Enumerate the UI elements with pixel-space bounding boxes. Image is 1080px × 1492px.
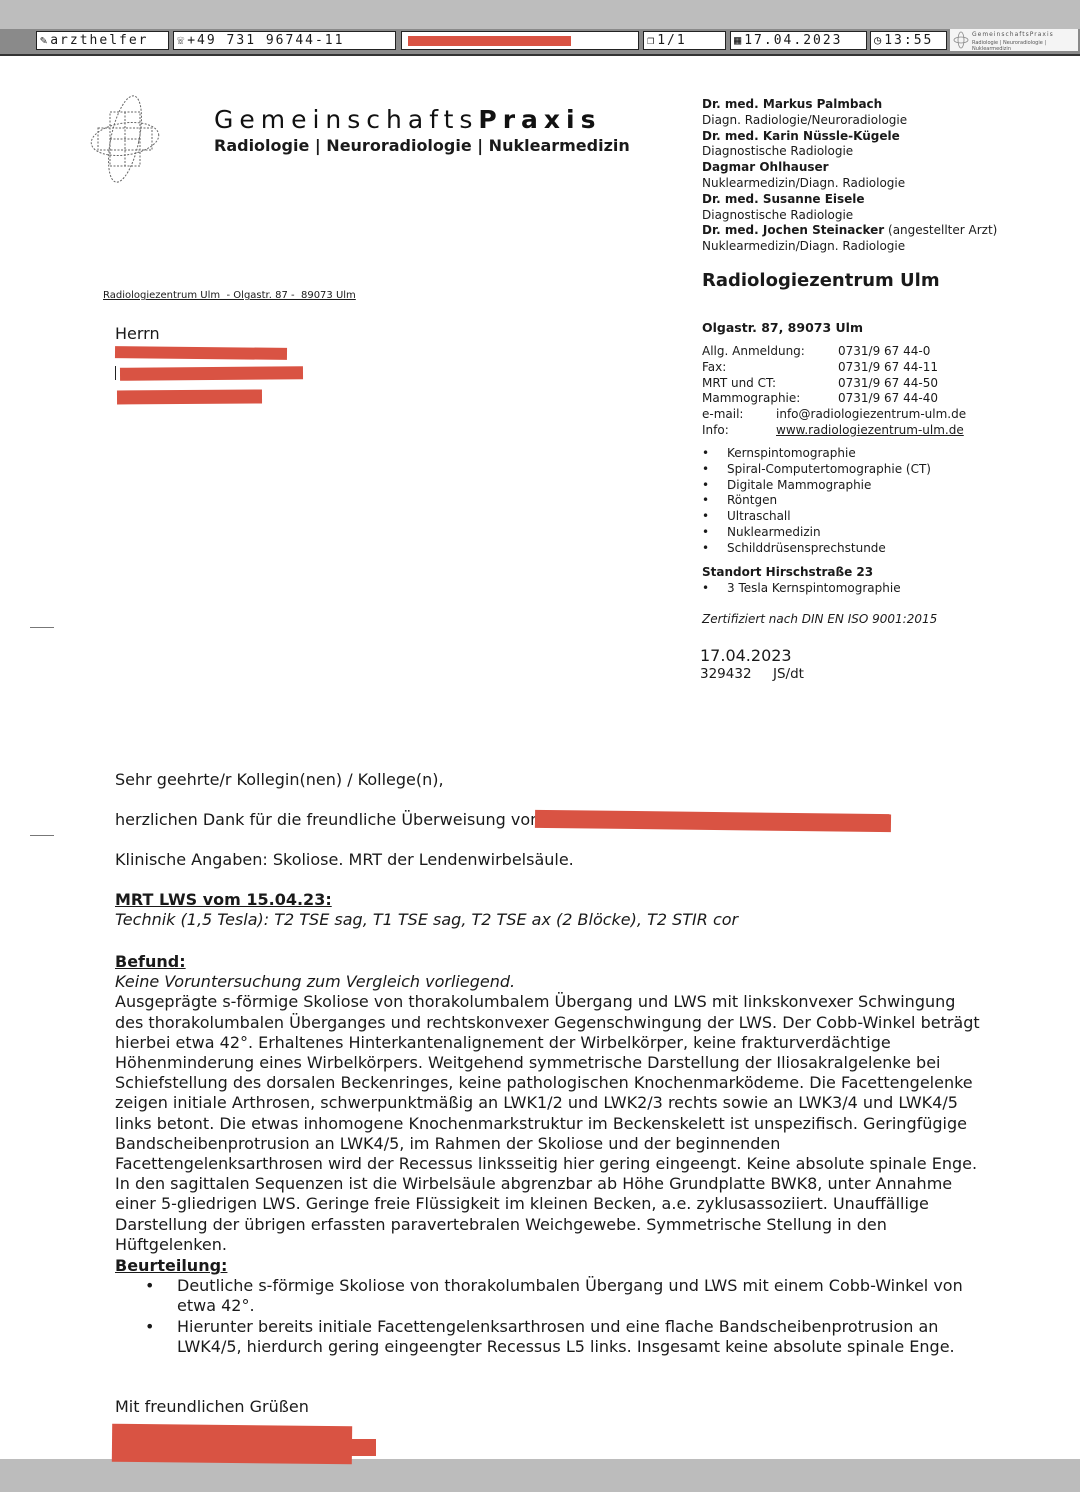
center-address: Olgastr. 87, 89073 Ulm [702, 320, 863, 335]
practice-subtitle: Radiologie | Neuroradiologie | Nuklearme… [214, 136, 630, 155]
doctor-specialty: Diagn. Radiologie/Neuroradiologie [702, 113, 997, 129]
website-link[interactable]: www.radiologiezentrum-ulm.de [776, 423, 964, 439]
fax-number: +49 731 96744-11 [187, 33, 344, 48]
clinical-info: Klinische Angaben: Skoliose. MRT der Len… [115, 850, 995, 870]
recipient-address: Herrn [115, 324, 160, 343]
doctor-name: Dr. med. Markus Palmbach [702, 97, 997, 113]
redaction [120, 366, 303, 381]
certification-note: Zertifiziert nach DIN EN ISO 9001:2015 [702, 612, 937, 626]
recipient-salutation: Herrn [115, 324, 160, 343]
closing: Mit freundlichen Grüßen [115, 1397, 995, 1417]
email-link[interactable]: info@radiologiezentrum-ulm.de [776, 407, 966, 423]
service-item: •Digitale Mammographie [702, 478, 931, 494]
logo-icon [953, 31, 969, 49]
fold-mark [30, 627, 54, 628]
standort-heading: Standort Hirschstraße 23 [702, 565, 901, 581]
doctor-name: Dr. med. Karin Nüssle-Kügele [702, 129, 997, 145]
doctor-specialty: Diagnostische Radiologie [702, 208, 997, 224]
practice-brand: GemeinschaftsPraxis Radiologie | Neurora… [214, 105, 630, 155]
findings-section: Befund: Keine Voruntersuchung zum Vergle… [115, 952, 995, 1255]
pen-icon: ✎ [40, 32, 47, 49]
assessment-section: Beurteilung: Deutliche s-förmige Skolios… [115, 1256, 995, 1357]
fax-time: 13:55 [884, 33, 933, 48]
doctor-specialty: Nuklearmedizin/Diagn. Radiologie [702, 239, 997, 255]
practice-logo-icon [88, 92, 162, 186]
service-item: •3 Tesla Kernspintomographie [702, 581, 901, 597]
letter-date: 17.04.2023 [700, 646, 792, 665]
exam-block: MRT LWS vom 15.04.23: Technik (1,5 Tesla… [115, 890, 995, 930]
mini-logo-title: GemeinschaftsPraxis [972, 31, 1054, 38]
fax-icon: ☏ [177, 32, 184, 49]
top-frame [0, 0, 1080, 29]
fax-mini-logo: GemeinschaftsPraxis Radiologie | Neurora… [950, 29, 1078, 51]
service-item: •Ultraschall [702, 509, 931, 525]
fax-date: 17.04.2023 [744, 33, 842, 48]
redaction [115, 346, 287, 360]
redaction [117, 389, 262, 404]
fax-time-field: ◷13:55 [870, 31, 947, 50]
assessment-list: Deutliche s-förmige Skoliose von thorako… [115, 1276, 995, 1357]
redaction [408, 36, 571, 46]
doctor-note: (angestellter Arzt) [884, 223, 997, 237]
letter-reference: 329432 JS/dt [700, 666, 804, 682]
bottom-frame [0, 1459, 1080, 1492]
standort-block: Standort Hirschstraße 23 •3 Tesla Kernsp… [702, 565, 901, 597]
center-name: Radiologiezentrum Ulm [702, 270, 940, 291]
fax-sender-id: arzthelfer [50, 33, 148, 48]
doctor-name: Dr. med. Jochen Steinacker (angestellter… [702, 223, 997, 239]
assessment-item: Hierunter bereits initiale Facettengelen… [115, 1317, 967, 1357]
doctor-specialty: Nuklearmedizin/Diagn. Radiologie [702, 176, 997, 192]
fax-header-bar: ✎arzthelfer ☏+49 731 96744-11 ❐1/1 ▦17.0… [0, 29, 1080, 56]
mini-logo-subtitle: Radiologie | Neuroradiologie | Nuklearme… [972, 40, 1078, 52]
findings-text: Ausgeprägte s-förmige Skoliose von thora… [115, 992, 985, 1255]
exam-heading: MRT LWS vom 15.04.23: [115, 890, 995, 910]
assessment-item: Deutliche s-förmige Skoliose von thorako… [115, 1276, 967, 1316]
practice-name-light: Gemeinschafts [214, 105, 478, 134]
greeting: Sehr geehrte/r Kollegin(nen) / Kollege(n… [115, 770, 995, 790]
clock-icon: ◷ [874, 32, 881, 49]
service-item: •Schilddrüsensprechstunde [702, 541, 931, 557]
fax-pages: 1/1 [657, 33, 686, 48]
calendar-icon: ▦ [734, 32, 741, 49]
practice-name-bold: Praxis [478, 105, 601, 134]
fax-sender-name-field [401, 31, 639, 50]
fax-pages-field: ❐1/1 [643, 31, 726, 50]
doctor-list: Dr. med. Markus Palmbach Diagn. Radiolog… [702, 97, 997, 255]
fold-mark [30, 835, 54, 836]
service-list: •Kernspintomographie •Spiral-Computertom… [702, 446, 931, 557]
fax-date-field: ▦17.04.2023 [730, 31, 867, 50]
redacted-text-fragment [115, 366, 121, 380]
practice-name: GemeinschaftsPraxis [214, 105, 630, 134]
findings-heading: Befund: [115, 952, 995, 972]
service-item: •Spiral-Computertomographie (CT) [702, 462, 931, 478]
service-item: •Röntgen [702, 493, 931, 509]
doctor-specialty: Diagnostische Radiologie [702, 144, 997, 160]
assessment-heading: Beurteilung: [115, 1256, 995, 1276]
service-item: •Nuklearmedizin [702, 525, 931, 541]
signature-redaction [112, 1424, 352, 1465]
doctor-name: Dr. med. Susanne Eisele [702, 192, 997, 208]
doctor-name: Dagmar Ohlhauser [702, 160, 997, 176]
findings-intro: Keine Voruntersuchung zum Vergleich vorl… [115, 972, 995, 992]
fax-number-field: ☏+49 731 96744-11 [173, 31, 396, 50]
fax-sender-id-field: ✎arzthelfer [36, 31, 169, 50]
sender-return-address: Radiologiezentrum Ulm - Olgastr. 87 - 89… [103, 290, 356, 301]
service-item: •Kernspintomographie [702, 446, 931, 462]
page-icon: ❐ [647, 32, 654, 49]
signature-redaction [345, 1439, 376, 1456]
exam-technique: Technik (1,5 Tesla): T2 TSE sag, T1 TSE … [115, 910, 995, 930]
